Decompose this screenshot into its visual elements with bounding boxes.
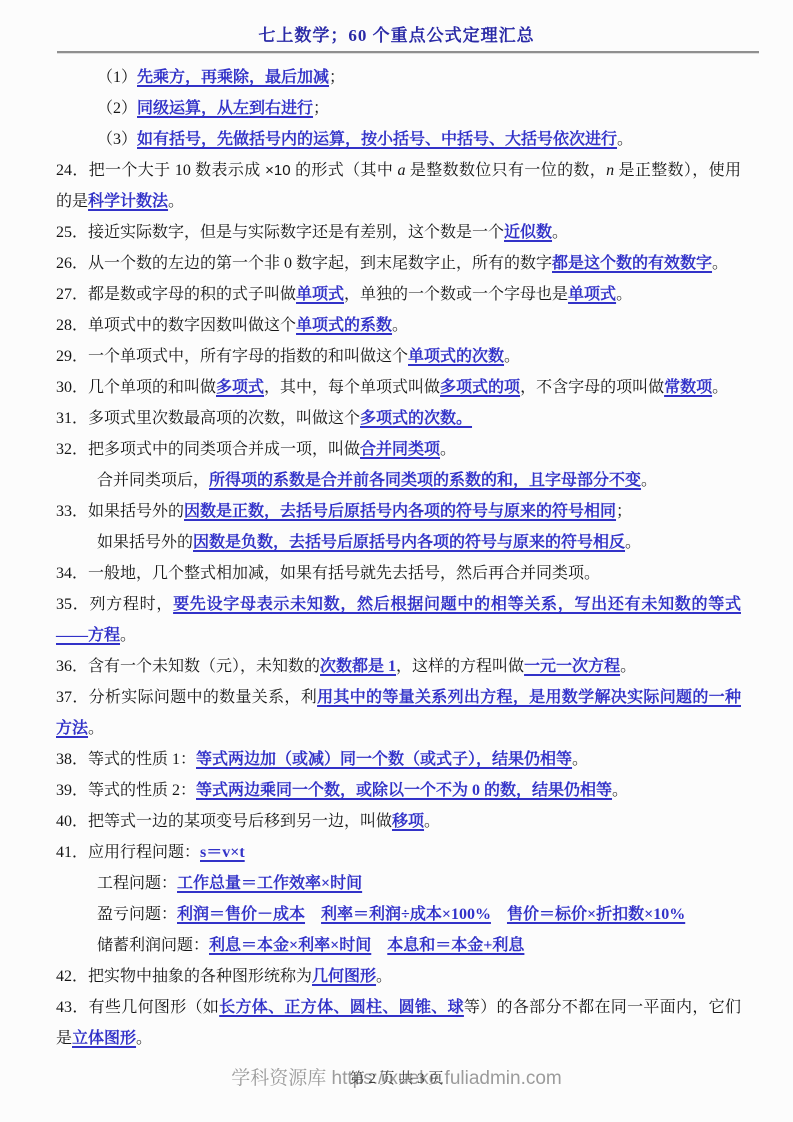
key-term: 长方体、正方体、圆柱、圆锥、球 bbox=[219, 999, 464, 1016]
text-segment: 38．等式的性质 1： bbox=[56, 751, 196, 768]
item-34: 34．一般地，几个整式相加减，如果有括号就先去括号，然后再合并同类项。 bbox=[56, 558, 741, 589]
key-term: 等式两边加（或减）同一个数（或式子），结果仍相等 bbox=[196, 751, 572, 768]
item-25: 25．接近实际数字，但是与实际数字还是有差别，这个数是一个近似数。 bbox=[56, 217, 741, 248]
item-29: 29．一个单项式中，所有字母的指数的和叫做这个单项式的次数。 bbox=[56, 341, 741, 372]
text-segment: ，不含字母的项叫做 bbox=[520, 379, 664, 396]
item-31: 31．多项式里次数最高项的次数，叫做这个多项式的次数。 bbox=[56, 403, 741, 434]
key-term: 所得项的系数是合并前各同类项的系数的和，且字母部分不变 bbox=[209, 472, 641, 489]
text-segment: 。 bbox=[617, 131, 633, 148]
text-segment: ； bbox=[329, 69, 345, 86]
item-28: 28．单项式中的数字因数叫做这个单项式的系数。 bbox=[56, 310, 741, 341]
text-segment: 。 bbox=[392, 317, 408, 334]
item-30: 30．几个单项的和叫做多项式，其中，每个单项式叫做多项式的项，不含字母的项叫做常… bbox=[56, 372, 741, 403]
item-40: 40．把等式一边的某项变号后移到另一边，叫做移项。 bbox=[56, 806, 741, 837]
key-term: 移项 bbox=[392, 813, 424, 830]
text-segment: （3） bbox=[97, 131, 137, 148]
key-term: 如有括号，先做括号内的运算，按小括号、中括号、大括号依次进行 bbox=[137, 131, 617, 148]
text-segment: ，单独的一个数或一个字母也是 bbox=[344, 286, 568, 303]
item-32: 32．把多项式中的同类项合并成一项，叫做合并同类项。 bbox=[56, 434, 741, 465]
text-segment: 41．应用行程问题： bbox=[56, 844, 200, 861]
item-27: 27．都是数或字母的积的式子叫做单项式，单独的一个数或一个字母也是单项式。 bbox=[56, 279, 741, 310]
text-segment: （2） bbox=[97, 100, 137, 117]
key-term: 利润＝售价－成本 bbox=[177, 906, 305, 923]
item-35: 35．列方程时，要先设字母表示未知数，然后根据问题中的相等关系，写出还有未知数的… bbox=[56, 589, 741, 651]
text-segment: 39．等式的性质 2： bbox=[56, 782, 196, 799]
text-segment: 40．把等式一边的某项变号后移到另一边，叫做 bbox=[56, 813, 392, 830]
key-term: 因数是正数，去括号后原括号内各项的符号与原来的符号相同 bbox=[184, 503, 616, 520]
order-rule-3: （3）如有括号，先做括号内的运算，按小括号、中括号、大括号依次进行。 bbox=[56, 124, 741, 155]
item-26: 26．从一个数的左边的第一个非 0 数字起，到末尾数字止，所有的数字都是这个数的… bbox=[56, 248, 741, 279]
item-37: 37．分析实际问题中的数量关系，利用其中的等量关系列出方程，是用数学解决实际问题… bbox=[56, 682, 741, 744]
order-rule-1: （1）先乘方，再乘除，最后加减； bbox=[56, 62, 741, 93]
text-segment: 。 bbox=[440, 441, 456, 458]
key-term: 科学计数法 bbox=[88, 193, 168, 210]
text-segment: 35．列方程时， bbox=[56, 596, 173, 613]
text-segment: 43．有些几何图形（如 bbox=[56, 999, 219, 1016]
item-24: 24．把一个大于 10 数表示成 ×10 的形式（其中 a 是整数数位只有一位的… bbox=[56, 155, 741, 217]
key-term: 工作总量＝工作效率×时间 bbox=[177, 875, 362, 892]
text-segment: 。 bbox=[712, 379, 728, 396]
text-segment: 如果括号外的 bbox=[97, 534, 193, 551]
key-term: 单项式 bbox=[296, 286, 344, 303]
key-term: 单项式的次数 bbox=[408, 348, 504, 365]
order-rule-2: （2）同级运算，从左到右进行； bbox=[56, 93, 741, 124]
text-segment: （1） bbox=[97, 69, 137, 86]
document-page: 七上数学；60 个重点公式定理汇总 （1）先乘方，再乘除，最后加减；（2）同级运… bbox=[0, 0, 793, 1122]
key-term: 单项式 bbox=[568, 286, 616, 303]
key-term: 都是这个数的有效数字 bbox=[552, 255, 712, 272]
text-segment: 。 bbox=[625, 534, 641, 551]
text-segment: 24．把一个大于 10 数表示成 bbox=[56, 162, 261, 179]
key-term: 单项式的系数 bbox=[296, 317, 392, 334]
text-segment bbox=[305, 906, 321, 923]
text-segment: ，其中，每个单项式叫做 bbox=[264, 379, 440, 396]
key-term: 售价＝标价×折扣数×10% bbox=[507, 906, 685, 923]
key-term: 本息和＝本金+利息 bbox=[387, 937, 524, 954]
text-segment: n bbox=[606, 162, 614, 179]
key-term: 先乘方，再乘除，最后加减 bbox=[137, 69, 329, 86]
text-segment: 。 bbox=[136, 1030, 152, 1047]
text-segment: 。 bbox=[572, 751, 588, 768]
key-term: 一元一次方程 bbox=[524, 658, 620, 675]
item-39: 39．等式的性质 2：等式两边乘同一个数，或除以一个不为 0 的数，结果仍相等。 bbox=[56, 775, 741, 806]
text-segment: 27．都是数或字母的积的式子叫做 bbox=[56, 286, 296, 303]
item-41-engineering: 工程问题：工作总量＝工作效率×时间 bbox=[56, 868, 741, 899]
key-term: 多项式的次数。 bbox=[360, 410, 472, 427]
text-segment: 28．单项式中的数字因数叫做这个 bbox=[56, 317, 296, 334]
text-segment: 34．一般地，几个整式相加减，如果有括号就先去括号，然后再合并同类项。 bbox=[56, 565, 600, 582]
text-segment: 。 bbox=[504, 348, 520, 365]
text-segment: 36．含有一个未知数（元），未知数的 bbox=[56, 658, 320, 675]
text-segment: 31．多项式里次数最高项的次数，叫做这个 bbox=[56, 410, 360, 427]
title-divider bbox=[57, 51, 759, 54]
text-segment bbox=[371, 937, 387, 954]
text-segment: 工程问题： bbox=[97, 875, 177, 892]
item-43: 43．有些几何图形（如长方体、正方体、圆柱、圆锥、球等）的各部分不都在同一平面内… bbox=[56, 992, 741, 1054]
text-segment: 32．把多项式中的同类项合并成一项，叫做 bbox=[56, 441, 360, 458]
text-segment: ； bbox=[616, 503, 632, 520]
text-segment: ，这样的方程叫做 bbox=[396, 658, 524, 675]
page-title: 七上数学；60 个重点公式定理汇总 bbox=[0, 0, 793, 46]
key-term: 近似数 bbox=[504, 224, 552, 241]
key-term: 同级运算，从左到右进行 bbox=[137, 100, 313, 117]
key-term: 几何图形 bbox=[312, 968, 376, 985]
item-33: 33．如果括号外的因数是正数，去括号后原括号内各项的符号与原来的符号相同； bbox=[56, 496, 741, 527]
text-segment: 。 bbox=[552, 224, 568, 241]
text-segment: 储蓄利润问题： bbox=[97, 937, 209, 954]
text-segment: 30．几个单项的和叫做 bbox=[56, 379, 216, 396]
text-segment: 37．分析实际问题中的数量关系，利 bbox=[56, 689, 317, 706]
item-32-note: 合并同类项后，所得项的系数是合并前各同类项的系数的和，且字母部分不变。 bbox=[56, 465, 741, 496]
key-term: 利息＝本金×利率×时间 bbox=[209, 937, 371, 954]
text-segment: 的形式（其中 bbox=[295, 162, 397, 179]
key-term: 因数是负数，去括号后原括号内各项的符号与原来的符号相反 bbox=[193, 534, 625, 551]
text-segment: 。 bbox=[620, 658, 636, 675]
text-segment: 盈亏问题： bbox=[97, 906, 177, 923]
text-segment: a bbox=[398, 162, 406, 179]
item-41-profit-loss: 盈亏问题：利润＝售价－成本 利率＝利润÷成本×100% 售价＝标价×折扣数×10… bbox=[56, 899, 741, 930]
text-segment: 42．把实物中抽象的各种图形统称为 bbox=[56, 968, 312, 985]
key-term: 立体图形 bbox=[72, 1030, 136, 1047]
item-33-continued: 如果括号外的因数是负数，去括号后原括号内各项的符号与原来的符号相反。 bbox=[56, 527, 741, 558]
text-segment: ×10 bbox=[261, 162, 295, 179]
page-indicator: 第 2 页 共 3 页 bbox=[0, 1067, 793, 1088]
key-term: 次数都是 1 bbox=[320, 658, 396, 675]
text-segment: 。 bbox=[616, 286, 632, 303]
key-term: 合并同类项 bbox=[360, 441, 440, 458]
text-segment: 33．如果括号外的 bbox=[56, 503, 184, 520]
key-term: 多项式 bbox=[216, 379, 264, 396]
text-segment: 。 bbox=[424, 813, 440, 830]
key-term: 常数项 bbox=[664, 379, 712, 396]
key-term: 多项式的项 bbox=[440, 379, 520, 396]
text-segment: 。 bbox=[168, 193, 184, 210]
page-footer: 学科资源库 https://xueke.fuliadmin.com 第 2 页 … bbox=[0, 1063, 793, 1099]
text-segment: ； bbox=[313, 100, 329, 117]
item-36: 36．含有一个未知数（元），未知数的次数都是 1，这样的方程叫做一元一次方程。 bbox=[56, 651, 741, 682]
key-term: s＝v×t bbox=[200, 844, 245, 861]
text-segment: 。 bbox=[120, 627, 136, 644]
document-body: （1）先乘方，再乘除，最后加减；（2）同级运算，从左到右进行；（3）如有括号，先… bbox=[56, 62, 741, 1054]
text-segment: 26．从一个数的左边的第一个非 0 数字起，到末尾数字止，所有的数字 bbox=[56, 255, 552, 272]
text-segment: 25．接近实际数字，但是与实际数字还是有差别，这个数是一个 bbox=[56, 224, 504, 241]
text-segment: 。 bbox=[88, 720, 104, 737]
key-term: 利率＝利润÷成本×100% bbox=[321, 906, 491, 923]
item-38: 38．等式的性质 1：等式两边加（或减）同一个数（或式子），结果仍相等。 bbox=[56, 744, 741, 775]
text-segment: 。 bbox=[376, 968, 392, 985]
key-term: 等式两边乘同一个数，或除以一个不为 0 的数，结果仍相等 bbox=[196, 782, 612, 799]
text-segment: 29．一个单项式中，所有字母的指数的和叫做这个 bbox=[56, 348, 408, 365]
item-41-savings: 储蓄利润问题：利息＝本金×利率×时间 本息和＝本金+利息 bbox=[56, 930, 741, 961]
text-segment: 。 bbox=[641, 472, 657, 489]
text-segment bbox=[491, 906, 507, 923]
text-segment: 是整数数位只有一位的数， bbox=[406, 162, 607, 179]
text-segment: 合并同类项后， bbox=[97, 472, 209, 489]
text-segment: 。 bbox=[612, 782, 628, 799]
item-41: 41．应用行程问题：s＝v×t bbox=[56, 837, 741, 868]
text-segment: 。 bbox=[712, 255, 728, 272]
item-42: 42．把实物中抽象的各种图形统称为几何图形。 bbox=[56, 961, 741, 992]
